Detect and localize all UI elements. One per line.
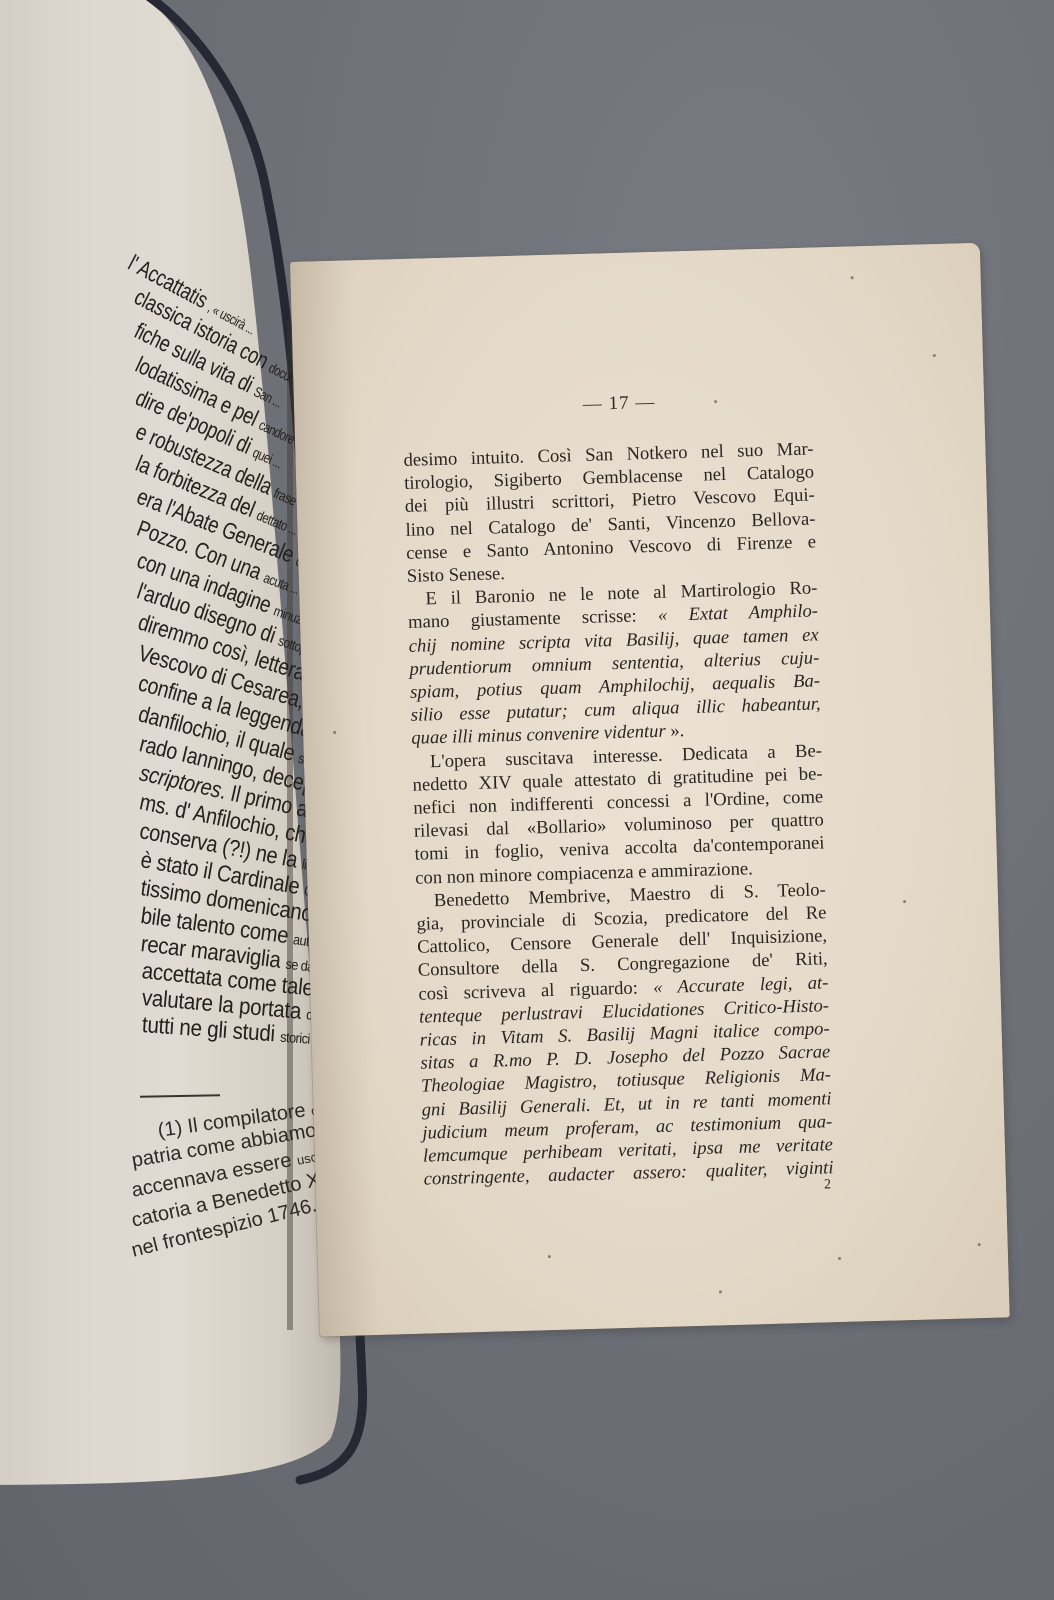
signature-mark: 2: [824, 1177, 831, 1193]
page-number: — 17 —: [254, 383, 984, 425]
paper-foxing: [290, 243, 980, 262]
quote-close: ».: [665, 721, 684, 743]
body-text: desimo intuito. Così San Notkero nel suo…: [403, 437, 834, 1191]
latin-quote: « Extat Amphilo-: [658, 601, 819, 626]
right-page-recto: — 17 — desimo intuito. Così San Notkero …: [290, 243, 1010, 1337]
latin-quote: « Accurate legi, at-: [653, 972, 829, 998]
